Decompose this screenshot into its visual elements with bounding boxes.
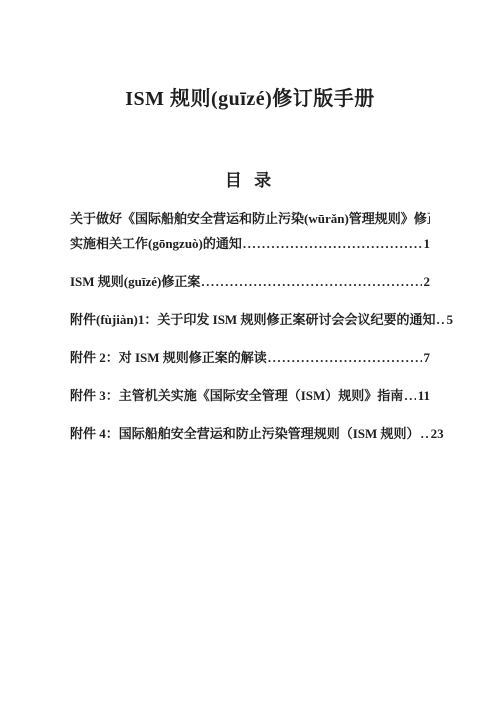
- toc-page-number: 2: [424, 269, 431, 294]
- toc-page-number: 1: [424, 231, 431, 256]
- toc-entry: 附件 4：国际船舶安全营运和防止污染管理规则（ISM 规则） .........…: [70, 421, 430, 446]
- toc-entry: ISM 规则(guīzé)修正案 .......................…: [70, 269, 430, 294]
- toc-entry-line: 附件 2：对 ISM 规则修正案的解读 ....................…: [70, 345, 430, 370]
- toc-entry-line: 附件 3：主管机关实施《国际安全管理（ISM）规则》指南 ...........…: [70, 383, 430, 408]
- document-page: ISM 规则(guīzé)修订版手册 目 录 关于做好《国际船舶安全营运和防止污…: [0, 0, 500, 707]
- toc-entry: 附件 3：主管机关实施《国际安全管理（ISM）规则》指南 ...........…: [70, 383, 430, 408]
- dot-leader: ........................................…: [421, 421, 429, 446]
- dot-leader: ........................................…: [436, 307, 444, 332]
- toc-entry-line: 附件 4：国际船舶安全营运和防止污染管理规则（ISM 规则） .........…: [70, 421, 430, 446]
- toc-entry-text: ISM 规则(guīzé)修正案: [70, 269, 200, 294]
- document-title: ISM 规则(guīzé)修订版手册: [70, 86, 430, 112]
- toc-entry-text: 附件(fùjiàn)1：关于印发 ISM 规则修正案研讨会会议纪要的通知: [70, 307, 435, 332]
- toc-heading: 目 录: [70, 169, 430, 193]
- toc-entry-text-line1: 关于做好《国际船舶安全营运和防止污染(wūrǎn)管理规则》修正案: [70, 206, 430, 231]
- toc-entry-line: ISM 规则(guīzé)修正案 .......................…: [70, 269, 430, 294]
- toc-entry-text-line2: 实施相关工作(gōngzuò)的通知: [70, 231, 242, 256]
- toc-page-number: 11: [418, 383, 430, 408]
- toc-entry: 关于做好《国际船舶安全营运和防止污染(wūrǎn)管理规则》修正案 实施相关工作…: [70, 206, 430, 256]
- toc-page-number: 5: [446, 307, 453, 332]
- toc-entry-last-line: 实施相关工作(gōngzuò)的通知 .....................…: [70, 231, 430, 256]
- toc-page-number: 23: [431, 421, 444, 446]
- toc-entry-text: 附件 3：主管机关实施《国际安全管理（ISM）规则》指南: [70, 383, 403, 408]
- toc-entry-text: 附件 4：国际船舶安全营运和防止污染管理规则（ISM 规则）: [70, 421, 420, 446]
- toc-entry-text: 附件 2：对 ISM 规则修正案的解读: [70, 345, 267, 370]
- toc-entry: 附件 2：对 ISM 规则修正案的解读 ....................…: [70, 345, 430, 370]
- dot-leader: ........................................…: [404, 383, 415, 408]
- dot-leader: ........................................…: [268, 345, 422, 370]
- dot-leader: ........................................…: [243, 231, 422, 256]
- toc-entry: 附件(fùjiàn)1：关于印发 ISM 规则修正案研讨会会议纪要的通知 ...…: [70, 307, 430, 332]
- toc-page-number: 7: [424, 345, 431, 370]
- table-of-contents: 关于做好《国际船舶安全营运和防止污染(wūrǎn)管理规则》修正案 实施相关工作…: [70, 206, 430, 446]
- dot-leader: ........................................…: [201, 269, 421, 294]
- toc-entry-line: 附件(fùjiàn)1：关于印发 ISM 规则修正案研讨会会议纪要的通知 ...…: [70, 307, 430, 332]
